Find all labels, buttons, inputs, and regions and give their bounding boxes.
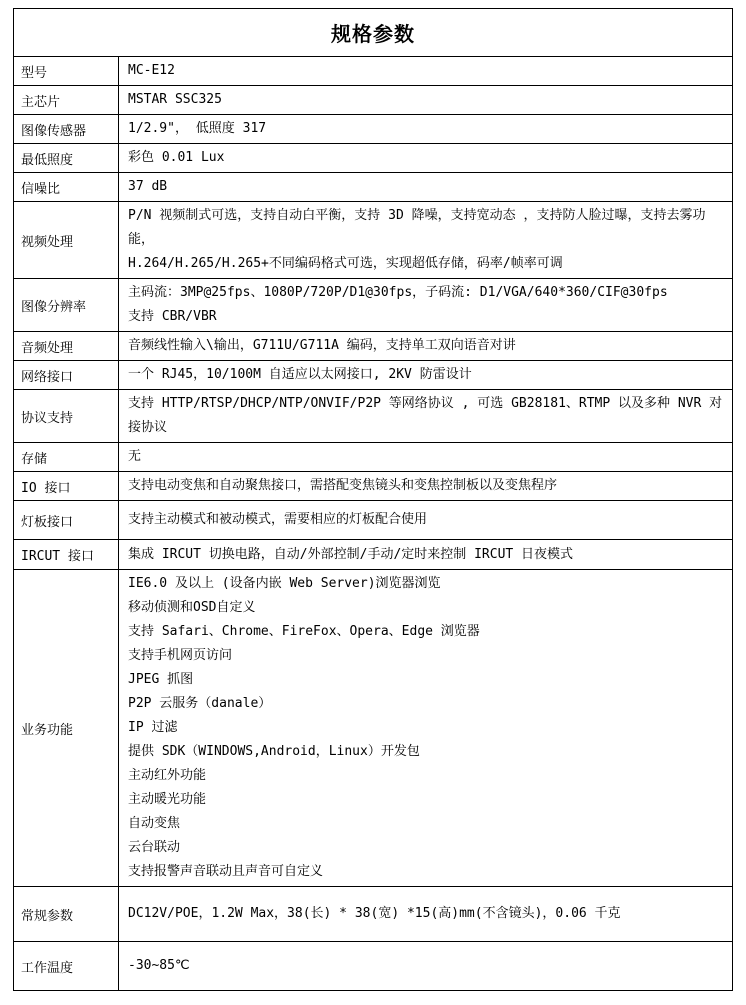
value-line: 移动侦测和OSD自定义 [128, 596, 726, 620]
value-line: 支持主动模式和被动模式，需要相应的灯板配合使用 [128, 508, 726, 532]
table-row: 图像传感器 1/2.9"， 低照度 317 [14, 115, 733, 144]
value-line: 支持电动变焦和自动聚焦接口，需搭配变焦镜头和变焦控制板以及变焦程序 [128, 474, 726, 498]
table-row: 工作温度 -30~85℃ [14, 942, 733, 991]
table-row: 型号 MC-E12 [14, 57, 733, 86]
value-line: 云台联动 [128, 836, 726, 860]
value-line: 音频线性输入\输出，G711U/G711A 编码，支持单工双向语音对讲 [128, 334, 726, 358]
table-row: 网络接口 一个 RJ45，10/100M 自适应以太网接口, 2KV 防雷设计 [14, 361, 733, 390]
table-row: 主芯片 MSTAR SSC325 [14, 86, 733, 115]
value-line: 1/2.9"， 低照度 317 [128, 117, 726, 141]
value-line: 支持 HTTP/RTSP/DHCP/NTP/ONVIF/P2P 等网络协议 , … [128, 392, 726, 440]
spec-label: 最低照度 [14, 144, 119, 173]
spec-label: 图像传感器 [14, 115, 119, 144]
spec-value: 一个 RJ45，10/100M 自适应以太网接口, 2KV 防雷设计 [119, 361, 733, 390]
spec-value: 支持主动模式和被动模式，需要相应的灯板配合使用 [119, 501, 733, 540]
value-line: IP 过滤 [128, 716, 726, 740]
spec-label: 型号 [14, 57, 119, 86]
spec-rows: 型号 MC-E12 主芯片 MSTAR SSC325 图像传感器 1/2.9"，… [14, 57, 733, 991]
table-row: 信噪比 37 dB [14, 173, 733, 202]
value-line: MC-E12 [128, 59, 726, 83]
spec-label: IO 接口 [14, 472, 119, 501]
title-row: 规格参数 [14, 9, 733, 57]
spec-value: P/N 视频制式可选，支持自动白平衡，支持 3D 降噪，支持宽动态 ，支持防人脸… [119, 202, 733, 279]
spec-label: 视频处理 [14, 202, 119, 279]
value-line: 支持 CBR/VBR [128, 305, 726, 329]
value-line: 支持 Safari、Chrome、FireFox、Opera、Edge 浏览器 [128, 620, 726, 644]
spec-label: 协议支持 [14, 390, 119, 443]
value-line: JPEG 抓图 [128, 668, 726, 692]
spec-label: 网络接口 [14, 361, 119, 390]
value-line: 主码流：3MP@25fps、1080P/720P/D1@30fps，子码流: D… [128, 281, 726, 305]
table-row: 最低照度 彩色 0.01 Lux [14, 144, 733, 173]
spec-label: 信噪比 [14, 173, 119, 202]
page-title: 规格参数 [14, 9, 733, 57]
table-row: IO 接口 支持电动变焦和自动聚焦接口，需搭配变焦镜头和变焦控制板以及变焦程序 [14, 472, 733, 501]
spec-value: DC12V/POE，1.2W Max，38(长) * 38(宽) *15(高)m… [119, 887, 733, 942]
value-line: H.264/H.265/H.265+不同编码格式可选，实现超低存储，码率/帧率可… [128, 252, 726, 276]
table-row: 协议支持 支持 HTTP/RTSP/DHCP/NTP/ONVIF/P2P 等网络… [14, 390, 733, 443]
table-row: 存储 无 [14, 443, 733, 472]
value-line: 支持手机网页访问 [128, 644, 726, 668]
spec-table: 规格参数 型号 MC-E12 主芯片 MSTAR SSC325 图像传感器 1/… [13, 8, 733, 991]
value-line: 彩色 0.01 Lux [128, 146, 726, 170]
spec-value: 支持电动变焦和自动聚焦接口，需搭配变焦镜头和变焦控制板以及变焦程序 [119, 472, 733, 501]
spec-value: 支持 HTTP/RTSP/DHCP/NTP/ONVIF/P2P 等网络协议 , … [119, 390, 733, 443]
spec-label: 图像分辨率 [14, 279, 119, 332]
table-row: IRCUT 接口 集成 IRCUT 切换电路，自动/外部控制/手动/定时来控制 … [14, 540, 733, 570]
value-line: 提供 SDK（WINDOWS,Android，Linux）开发包 [128, 740, 726, 764]
spec-value: IE6.0 及以上 (设备内嵌 Web Server)浏览器浏览移动侦测和OSD… [119, 570, 733, 887]
value-line: 无 [128, 445, 726, 469]
value-line: IE6.0 及以上 (设备内嵌 Web Server)浏览器浏览 [128, 572, 726, 596]
spec-value: 1/2.9"， 低照度 317 [119, 115, 733, 144]
table-row: 业务功能 IE6.0 及以上 (设备内嵌 Web Server)浏览器浏览移动侦… [14, 570, 733, 887]
value-line: MSTAR SSC325 [128, 88, 726, 112]
spec-value: -30~85℃ [119, 942, 733, 991]
value-line: P/N 视频制式可选，支持自动白平衡，支持 3D 降噪，支持宽动态 ，支持防人脸… [128, 204, 726, 252]
table-row: 灯板接口 支持主动模式和被动模式，需要相应的灯板配合使用 [14, 501, 733, 540]
spec-label: 业务功能 [14, 570, 119, 887]
value-line: 集成 IRCUT 切换电路，自动/外部控制/手动/定时来控制 IRCUT 日夜模… [128, 543, 726, 567]
spec-label: IRCUT 接口 [14, 540, 119, 570]
value-line: 37 dB [128, 175, 726, 199]
value-line: P2P 云服务（danale） [128, 692, 726, 716]
spec-label: 工作温度 [14, 942, 119, 991]
value-line: 主动暖光功能 [128, 788, 726, 812]
spec-label: 音频处理 [14, 332, 119, 361]
table-row: 音频处理 音频线性输入\输出，G711U/G711A 编码，支持单工双向语音对讲 [14, 332, 733, 361]
spec-sheet-page: 规格参数 型号 MC-E12 主芯片 MSTAR SSC325 图像传感器 1/… [0, 0, 746, 1005]
table-row: 图像分辨率 主码流：3MP@25fps、1080P/720P/D1@30fps，… [14, 279, 733, 332]
spec-value: 彩色 0.01 Lux [119, 144, 733, 173]
spec-value: 主码流：3MP@25fps、1080P/720P/D1@30fps，子码流: D… [119, 279, 733, 332]
spec-value: 37 dB [119, 173, 733, 202]
value-line: 一个 RJ45，10/100M 自适应以太网接口, 2KV 防雷设计 [128, 363, 726, 387]
spec-value: 集成 IRCUT 切换电路，自动/外部控制/手动/定时来控制 IRCUT 日夜模… [119, 540, 733, 570]
spec-value: 无 [119, 443, 733, 472]
table-row: 常规参数 DC12V/POE，1.2W Max，38(长) * 38(宽) *1… [14, 887, 733, 942]
spec-value: MSTAR SSC325 [119, 86, 733, 115]
value-line: 支持报警声音联动且声音可自定义 [128, 860, 726, 884]
spec-label: 常规参数 [14, 887, 119, 942]
table-row: 视频处理 P/N 视频制式可选，支持自动白平衡，支持 3D 降噪，支持宽动态 ，… [14, 202, 733, 279]
spec-label: 灯板接口 [14, 501, 119, 540]
value-line: -30~85℃ [128, 954, 726, 978]
value-line: 主动红外功能 [128, 764, 726, 788]
spec-label: 主芯片 [14, 86, 119, 115]
spec-value: 音频线性输入\输出，G711U/G711A 编码，支持单工双向语音对讲 [119, 332, 733, 361]
spec-label: 存储 [14, 443, 119, 472]
spec-value: MC-E12 [119, 57, 733, 86]
value-line: DC12V/POE，1.2W Max，38(长) * 38(宽) *15(高)m… [128, 902, 726, 926]
value-line: 自动变焦 [128, 812, 726, 836]
